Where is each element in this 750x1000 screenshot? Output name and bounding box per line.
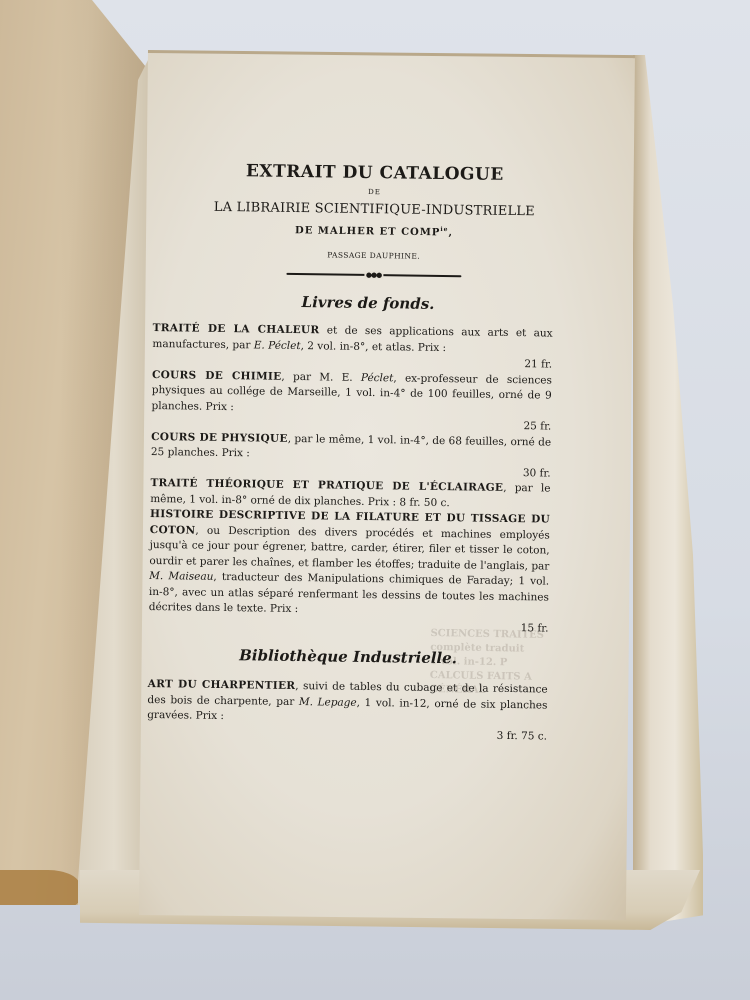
catalogue-entry: TRAITÉ DE LA CHALEUR et de ses applicati… [152, 321, 553, 373]
catalogue-entry: ART DU CHARPENTIER, suivi de tables du c… [147, 677, 548, 745]
publisher-address: PASSAGE DAUPHINE. [194, 249, 554, 263]
catalogue-entry: COURS DE CHIMIE, par M. E. Péclet, ex-pr… [151, 368, 552, 436]
page-content: EXTRAIT DU CATALOGUE DE LA LIBRAIRIE SCI… [147, 160, 555, 745]
page-title: EXTRAIT DU CATALOGUE [195, 161, 555, 186]
entry-text: , par M. E. [281, 371, 361, 384]
divider-ornament-icon: ●●● [364, 271, 383, 279]
entry-text: , ou Description des divers procédés et … [149, 524, 550, 572]
catalogue-entry: COURS DE PHYSIQUE, par le même, 1 vol. i… [151, 430, 552, 482]
entry-author: E. Péclet [254, 339, 301, 352]
publisher-name: DE MALHER ET COMPie, [194, 223, 554, 240]
entry-author: M. Lepage [299, 696, 357, 709]
library-name: LA LIBRAIRIE SCIENTIFIQUE-INDUSTRIELLE [194, 200, 554, 220]
page-fold-right [633, 55, 703, 925]
entry-title: ART DU CHARPENTIER [148, 678, 296, 692]
catalogue-entry: HISTOIRE DESCRIPTIVE DE LA FILATURE ET D… [148, 507, 550, 637]
ornamental-divider: ●●● [286, 271, 461, 279]
entry-price: 8 fr. 50 c. [399, 496, 450, 509]
entry-price: 15 fr. [148, 616, 548, 637]
paper-stain [0, 870, 80, 910]
entry-title: COURS DE PHYSIQUE [151, 431, 288, 445]
entry-title: TRAITÉ DE LA CHALEUR [153, 322, 320, 336]
entry-title: TRAITÉ THÉORIQUE ET PRATIQUE DE L'ÉCLAIR… [150, 477, 503, 494]
section-title-livres-de-fonds: Livres de fonds. [183, 292, 553, 315]
publisher-text: DE MALHER ET COMP [295, 225, 440, 238]
entry-author: M. Maiseau [149, 570, 213, 583]
title-connector: DE [195, 186, 555, 199]
entry-title: COURS DE CHIMIE [152, 369, 282, 383]
entry-details: , 2 vol. in-8°, et atlas. Prix : [301, 340, 447, 354]
entry-author: Péclet [361, 372, 394, 384]
section-title-bibliotheque-industrielle: Bibliothèque Industrielle. [148, 645, 548, 669]
publisher-comma: , [448, 227, 453, 238]
